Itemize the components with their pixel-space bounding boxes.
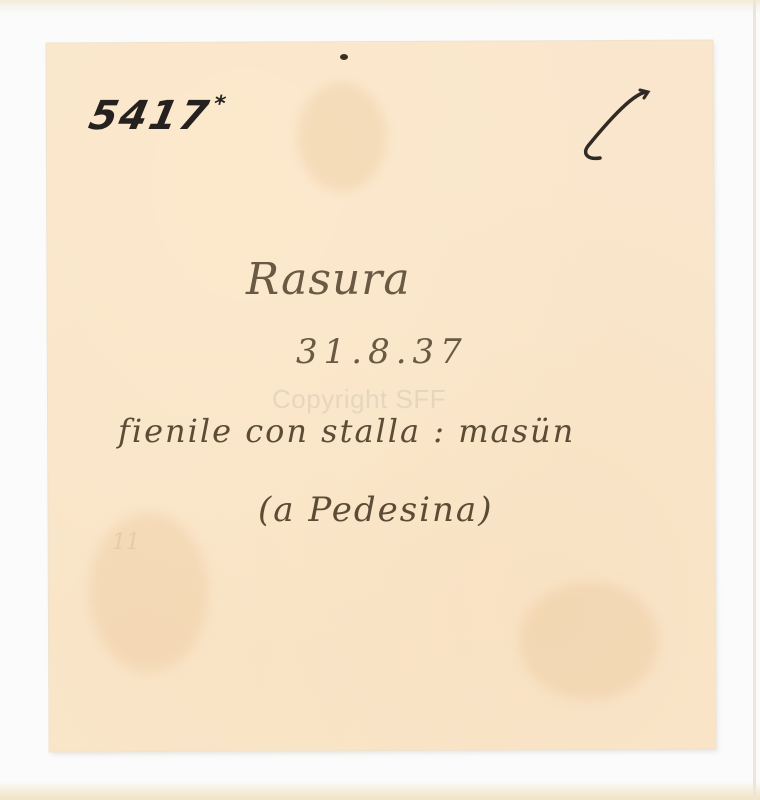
- place-name: Rasura: [246, 254, 411, 305]
- mat-edge: [753, 0, 756, 800]
- catalog-number: 5417*: [85, 92, 230, 139]
- catalog-number-value: 5417: [85, 93, 214, 139]
- paper-stain: [89, 513, 210, 674]
- copyright-watermark: Copyright SFF: [272, 384, 446, 415]
- ink-dot: [340, 54, 348, 60]
- faint-pencil-mark: 11: [112, 530, 140, 555]
- location: (a Pedesina): [258, 490, 493, 530]
- description: fienile con stalla : masün: [118, 412, 575, 450]
- paper-stain: [297, 82, 387, 192]
- scan-background: 5417* Rasura 31.8.37 Copyright SFF fieni…: [0, 0, 760, 800]
- category-mark-c-icon: [574, 84, 654, 164]
- paper-stain: [519, 581, 660, 702]
- date: 31.8.37: [296, 332, 468, 372]
